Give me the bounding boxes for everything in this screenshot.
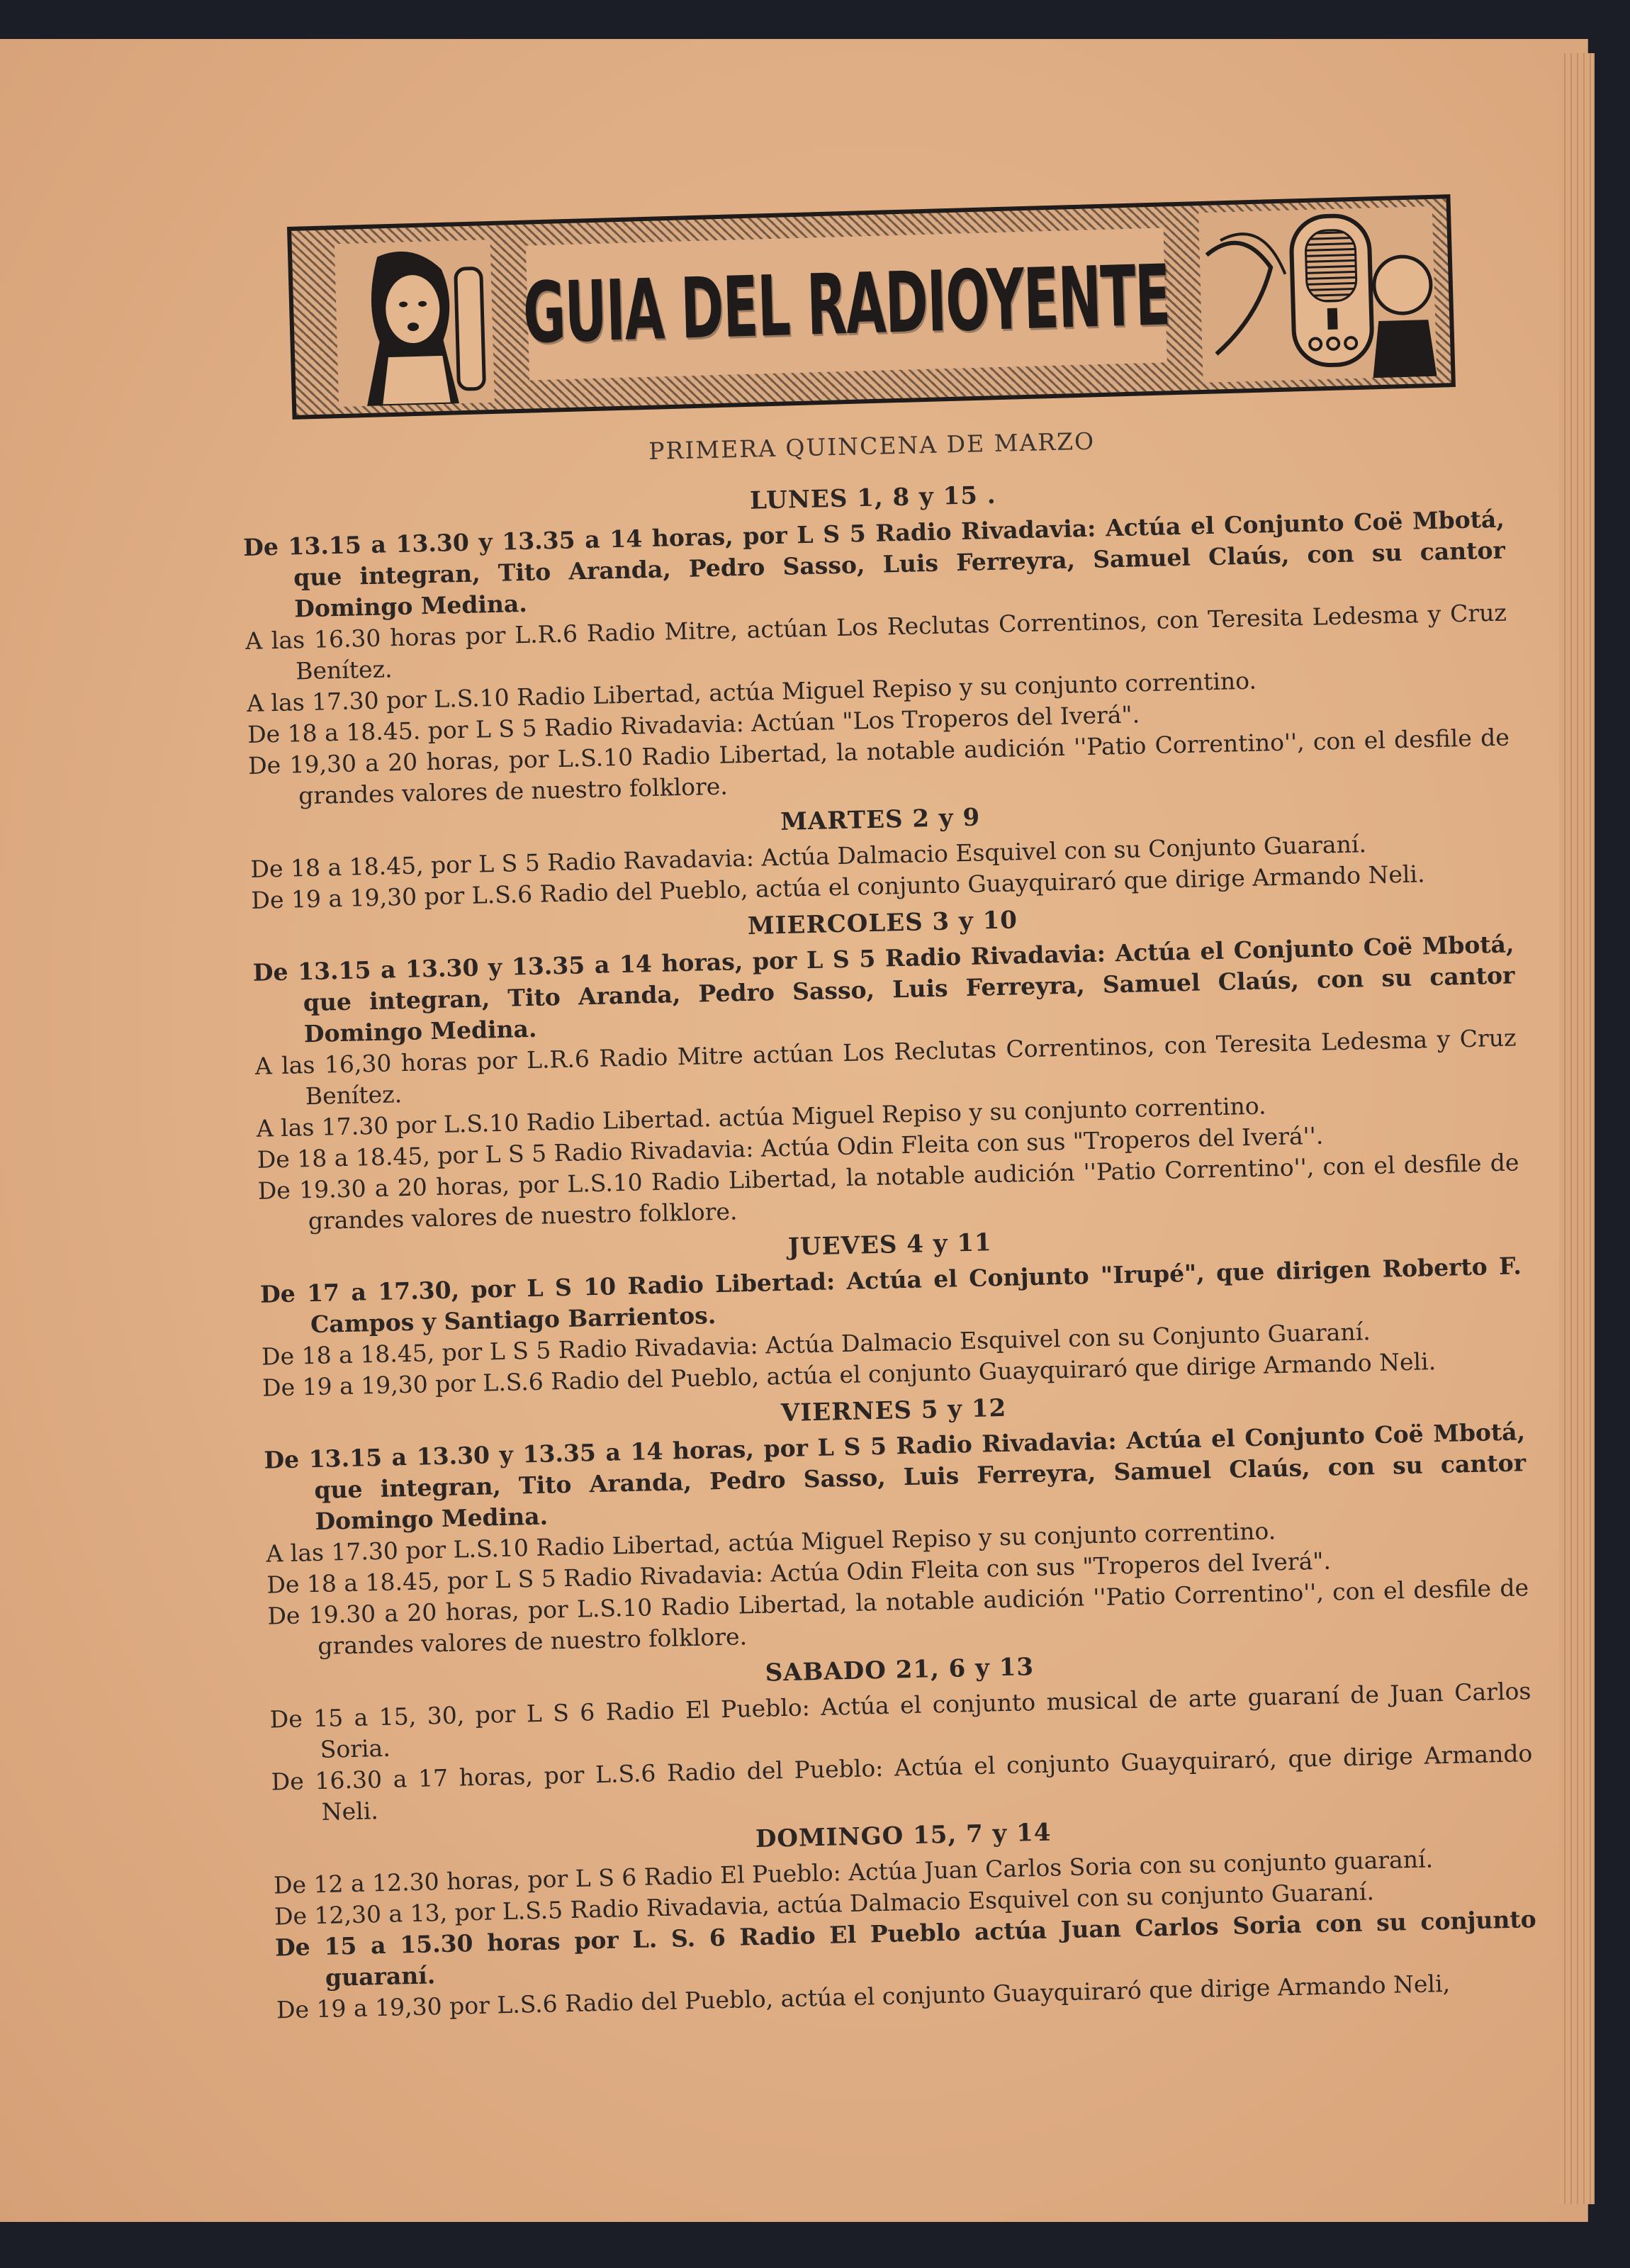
day-section-sabado: SABADO 21, 6 y 13 De 15 a 15, 30, por L … [269,1641,1534,1829]
day-section-lunes: LUNES 1, 8 y 15 . De 13.15 a 13.30 y 13.… [242,470,1511,813]
radio-receiver-icon [1198,206,1437,383]
day-section-domingo: DOMINGO 15, 7 y 14 De 12 a 12.30 horas, … [272,1807,1538,2026]
day-section-viernes: VIERNES 5 y 12 De 13.15 a 13.30 y 13.35 … [263,1382,1530,1663]
banner-title: GUIA DEL RADIOYENTE [522,246,1171,361]
radio-schedule: PRIMERA QUINCENA DE MARZO LUNES 1, 8 y 1… [241,418,1538,2026]
banner-title-area: GUIA DEL RADIOYENTE [526,228,1167,380]
day-section-martes: MARTES 2 y 9 De 18 a 18.45, por L S 5 Ra… [249,791,1513,916]
woman-listener-icon [335,240,495,407]
page-edges [1559,53,1595,2204]
day-section-miercoles: MIERCOLES 3 y 10 De 13.15 a 13.30 y 13.3… [252,894,1520,1237]
day-section-jueves: JUEVES 4 y 11 De 17 a 17.30, por L S 10 … [259,1216,1524,1403]
header-banner: GUIA DEL RADIOYENTE [287,194,1456,420]
